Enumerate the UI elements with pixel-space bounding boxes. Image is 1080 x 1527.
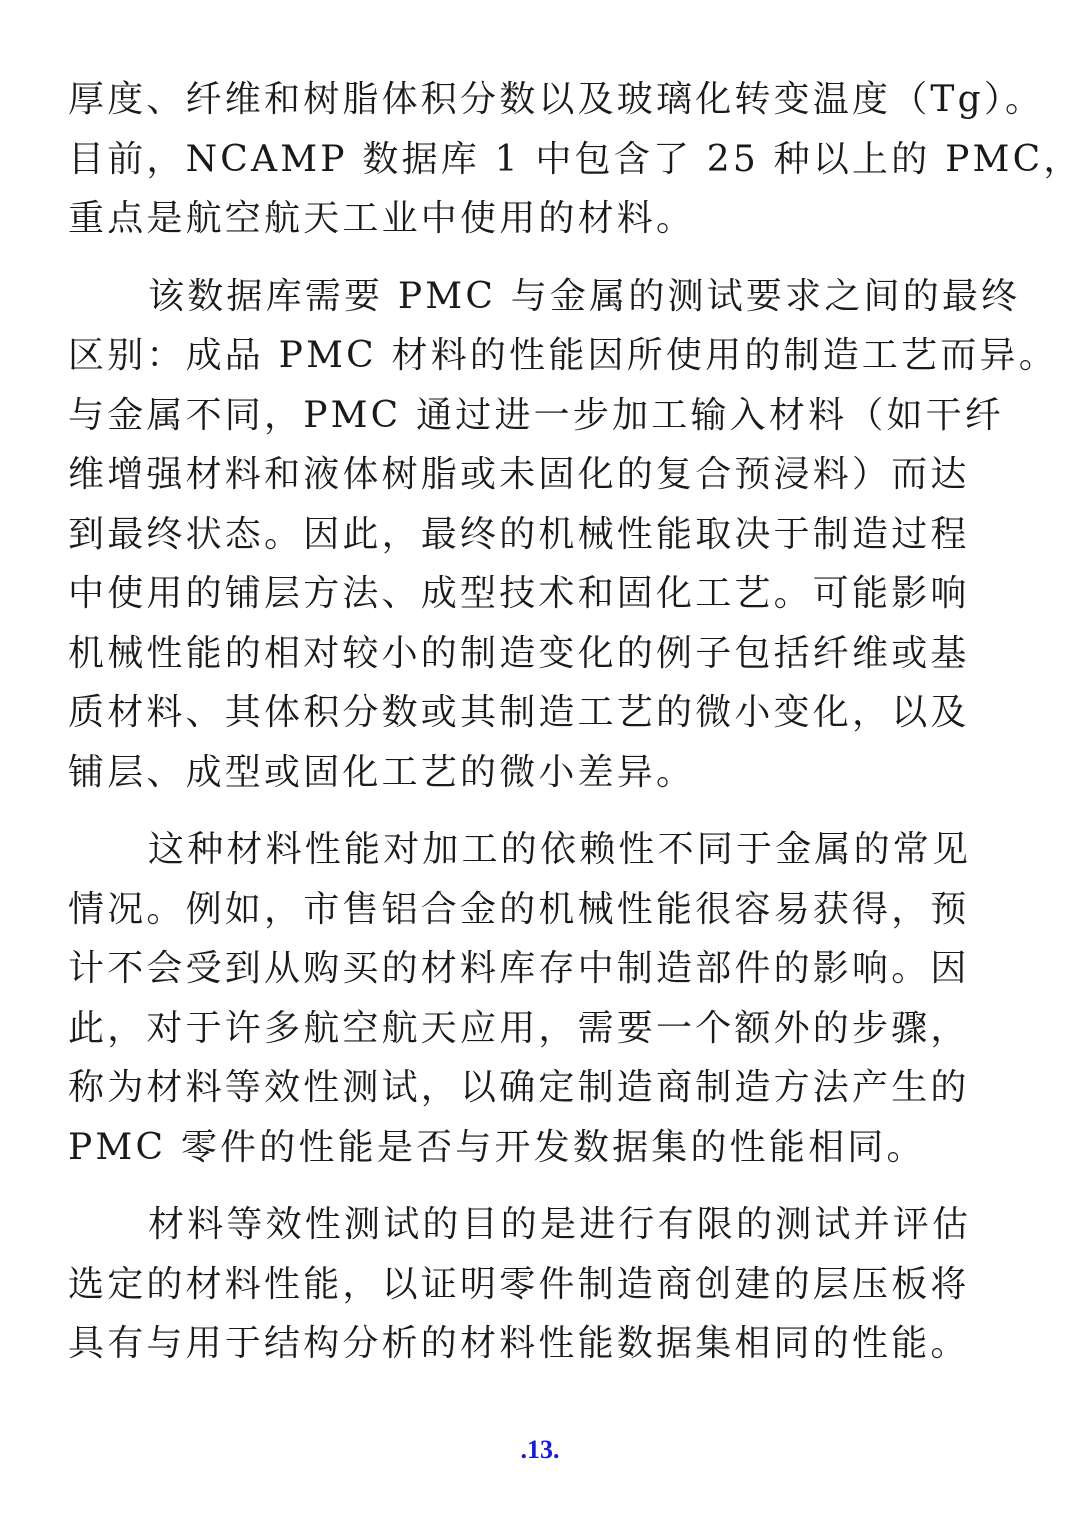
text-line: 与金属不同，PMC 通过进一步加工输入材料（如干纤 <box>68 386 1028 446</box>
text-line: 区别：成品 PMC 材料的性能因所使用的制造工艺而异。 <box>68 326 1028 386</box>
text-line: 到最终状态。因此，最终的机械性能取决于制造过程 <box>68 505 1028 565</box>
text-line: 具有与用于结构分析的材料性能数据集相同的性能。 <box>68 1314 1028 1374</box>
paragraph-4: 材料等效性测试的目的是进行有限的测试并评估 选定的材料性能，以证明零件制造商创建… <box>68 1195 1028 1374</box>
paragraph-1: 厚度、纤维和树脂体积分数以及玻璃化转变温度（Tg）。 目前，NCAMP 数据库 … <box>68 70 1028 249</box>
text-line: 情况。例如，市售铝合金的机械性能很容易获得，预 <box>68 880 1028 940</box>
text-line: 这种材料性能对加工的依赖性不同于金属的常见 <box>68 820 1028 880</box>
page-number: .13. <box>0 1435 1080 1465</box>
text-line: 重点是航空航天工业中使用的材料。 <box>68 189 1028 249</box>
text-line: 目前，NCAMP 数据库 1 中包含了 25 种以上的 PMC， <box>68 130 1028 190</box>
text-line: 质材料、其体积分数或其制造工艺的微小变化，以及 <box>68 683 1028 743</box>
text-line: PMC 零件的性能是否与开发数据集的性能相同。 <box>68 1118 1028 1178</box>
text-line: 铺层、成型或固化工艺的微小差异。 <box>68 743 1028 803</box>
text-line: 称为材料等效性测试，以确定制造商制造方法产生的 <box>68 1058 1028 1118</box>
paragraph-2: 该数据库需要 PMC 与金属的测试要求之间的最终 区别：成品 PMC 材料的性能… <box>68 267 1028 803</box>
text-line: 材料等效性测试的目的是进行有限的测试并评估 <box>68 1195 1028 1255</box>
text-line: 此，对于许多航空航天应用，需要一个额外的步骤， <box>68 999 1028 1059</box>
text-line: 机械性能的相对较小的制造变化的例子包括纤维或基 <box>68 624 1028 684</box>
document-body: 厚度、纤维和树脂体积分数以及玻璃化转变温度（Tg）。 目前，NCAMP 数据库 … <box>68 70 1028 1392</box>
text-line: 选定的材料性能，以证明零件制造商创建的层压板将 <box>68 1255 1028 1315</box>
text-line: 维增强材料和液体树脂或未固化的复合预浸料）而达 <box>68 445 1028 505</box>
text-line: 厚度、纤维和树脂体积分数以及玻璃化转变温度（Tg）。 <box>68 70 1028 130</box>
text-line: 计不会受到从购买的材料库存中制造部件的影响。因 <box>68 939 1028 999</box>
text-line: 中使用的铺层方法、成型技术和固化工艺。可能影响 <box>68 564 1028 624</box>
text-line: 该数据库需要 PMC 与金属的测试要求之间的最终 <box>68 267 1028 327</box>
paragraph-3: 这种材料性能对加工的依赖性不同于金属的常见 情况。例如，市售铝合金的机械性能很容… <box>68 820 1028 1177</box>
